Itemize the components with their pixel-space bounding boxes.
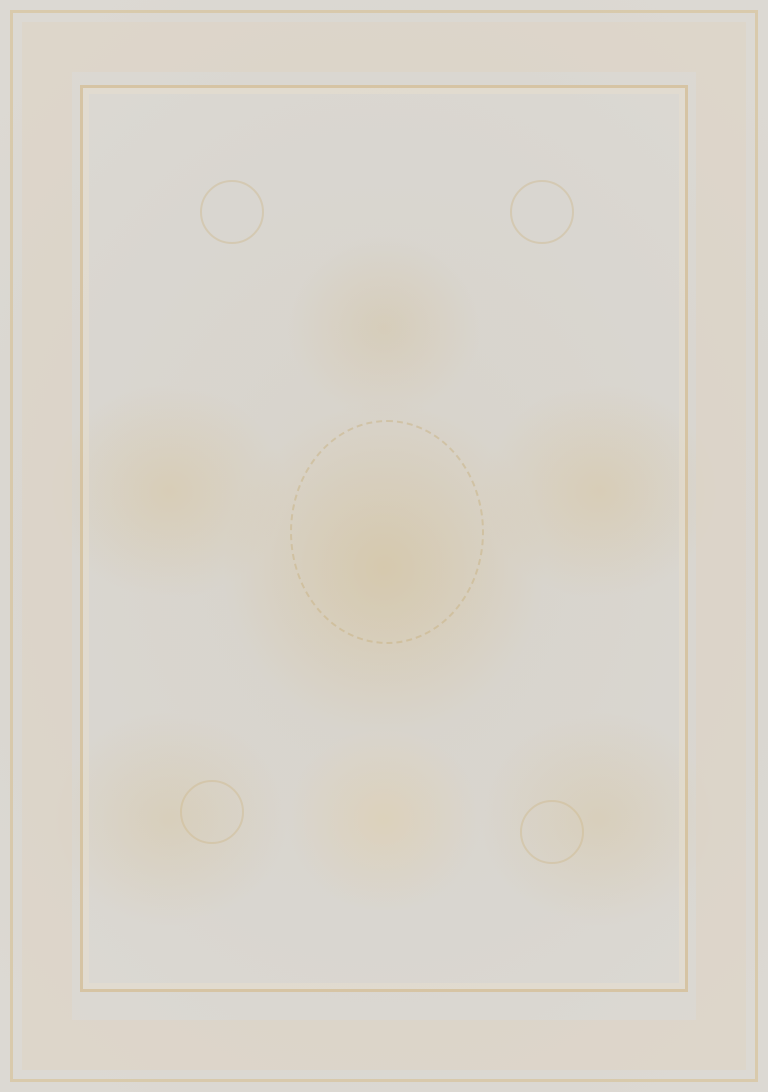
rug-photo [0,0,768,1092]
rug-floral-motif [520,800,584,864]
rug-floral-motif [180,780,244,844]
rug-central-medallion [290,420,484,644]
rug-floral-motif [510,180,574,244]
rug-floral-motif [200,180,264,244]
